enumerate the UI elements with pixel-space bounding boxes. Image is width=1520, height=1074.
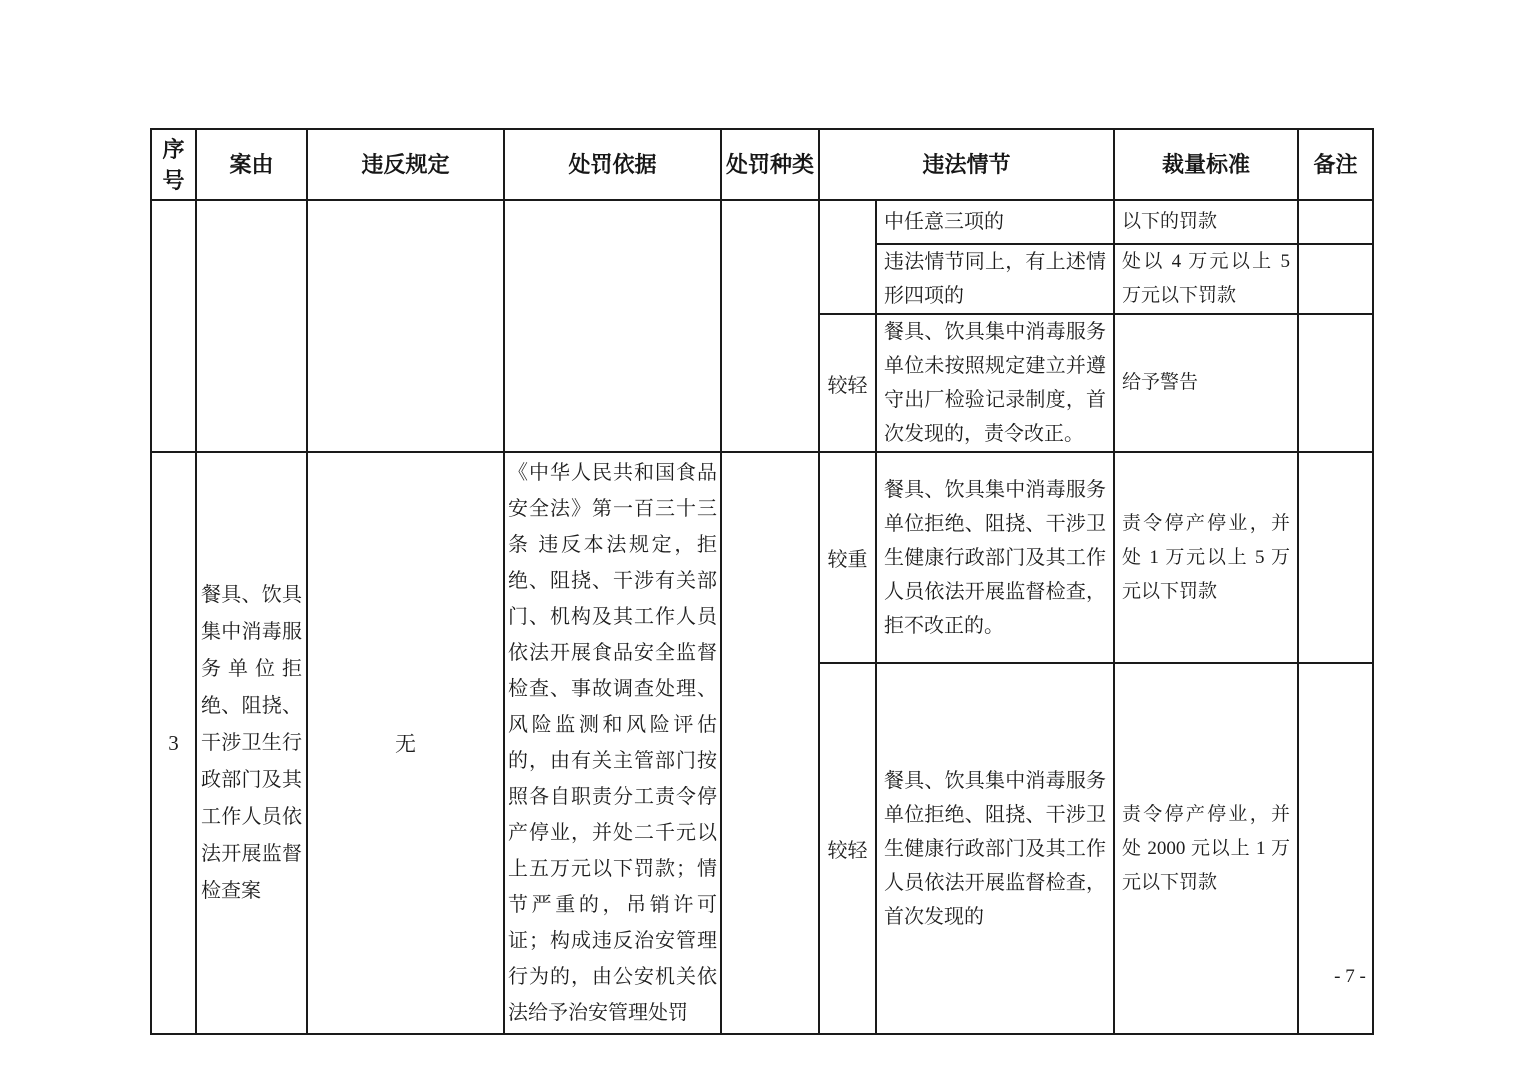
- remark-cell: [1298, 244, 1373, 314]
- header-col-case: 案由: [196, 129, 307, 200]
- seq-cell: 3: [151, 452, 196, 1034]
- circumstance-cell: 餐具、饮具集中消毒服务单位未按照规定建立并遵守出厂检验记录制度，首次发现的，责令…: [876, 314, 1114, 452]
- circumstance-cell: 中任意三项的: [876, 200, 1114, 244]
- header-col-violated-rule: 违反规定: [307, 129, 504, 200]
- document-page: 序号 案由 违反规定 处罚依据 处罚种类 违法情节 裁量标准 备注 中任意三项的…: [0, 0, 1520, 1074]
- standard-cell: 以下的罚款: [1114, 200, 1298, 244]
- rule-cell-blank: [307, 200, 504, 452]
- severity-cell: 较重: [819, 452, 876, 663]
- standard-cell: 处以 4 万元以上 5 万元以下罚款: [1114, 244, 1298, 314]
- header-col-remark: 备注: [1298, 129, 1373, 200]
- item-row-severe: 3 餐具、饮具集中消毒服务单位拒绝、阻挠、干涉卫生行政部门及其工作人员依法开展监…: [151, 452, 1373, 663]
- remark-cell: [1298, 314, 1373, 452]
- seq-cell-blank: [151, 200, 196, 452]
- severity-cell: 较轻: [819, 314, 876, 452]
- case-cell-blank: [196, 200, 307, 452]
- basis-cell-blank: [504, 200, 721, 452]
- header-col-penalty-basis: 处罚依据: [504, 129, 721, 200]
- header-col-violation-circumstance: 违法情节: [819, 129, 1114, 200]
- type-cell-blank: [721, 452, 819, 1034]
- type-cell-blank: [721, 200, 819, 452]
- header-col-discretion-standard: 裁量标准: [1114, 129, 1298, 200]
- header-row: 序号 案由 违反规定 处罚依据 处罚种类 违法情节 裁量标准 备注: [151, 129, 1373, 200]
- rule-cell: 无: [307, 452, 504, 1034]
- case-cell: 餐具、饮具集中消毒服务单位拒绝、阻挠、干涉卫生行政部门及其工作人员依法开展监督检…: [196, 452, 307, 1034]
- basis-cell: 《中华人民共和国食品安全法》第一百三十三条 违反本法规定，拒绝、阻挠、干涉有关部…: [504, 452, 721, 1034]
- standard-cell: 给予警告: [1114, 314, 1298, 452]
- standard-cell: 责令停产停业，并处 2000 元以上 1 万元以下罚款: [1114, 663, 1298, 1034]
- circumstance-cell: 违法情节同上，有上述情形四项的: [876, 244, 1114, 314]
- remark-cell: [1298, 200, 1373, 244]
- page-number: - 7 -: [1318, 966, 1382, 988]
- penalty-discretion-table: 序号 案由 违反规定 处罚依据 处罚种类 违法情节 裁量标准 备注 中任意三项的…: [150, 128, 1374, 1035]
- continuation-row-1: 中任意三项的 以下的罚款: [151, 200, 1373, 244]
- header-col-seq: 序号: [151, 129, 196, 200]
- header-col-penalty-type: 处罚种类: [721, 129, 819, 200]
- remark-cell: [1298, 452, 1373, 663]
- standard-cell: 责令停产停业，并处 1 万元以上 5 万元以下罚款: [1114, 452, 1298, 663]
- severity-cell-blank: [819, 200, 876, 314]
- circumstance-cell: 餐具、饮具集中消毒服务单位拒绝、阻挠、干涉卫生健康行政部门及其工作人员依法开展监…: [876, 452, 1114, 663]
- severity-cell: 较轻: [819, 663, 876, 1034]
- circumstance-cell: 餐具、饮具集中消毒服务单位拒绝、阻挠、干涉卫生健康行政部门及其工作人员依法开展监…: [876, 663, 1114, 1034]
